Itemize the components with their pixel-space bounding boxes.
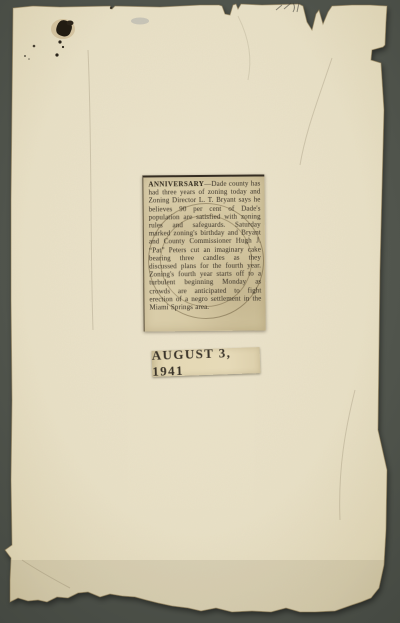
- clipping-lead: ANNIVERSARY: [148, 180, 204, 188]
- blue-smudge: [131, 18, 149, 25]
- date-slip: AUGUST 3, 1941: [152, 347, 261, 377]
- clipping-body: —Dade county has had three years of zoni…: [148, 180, 261, 312]
- scanned-scrapbook-page: ANNIVERSARY—Dade county has had three ye…: [0, 0, 400, 623]
- news-clipping: ANNIVERSARY—Dade county has had three ye…: [142, 174, 265, 331]
- clipping-text: ANNIVERSARY—Dade county has had three ye…: [148, 180, 261, 312]
- date-slip-text: AUGUST 3, 1941: [151, 344, 260, 380]
